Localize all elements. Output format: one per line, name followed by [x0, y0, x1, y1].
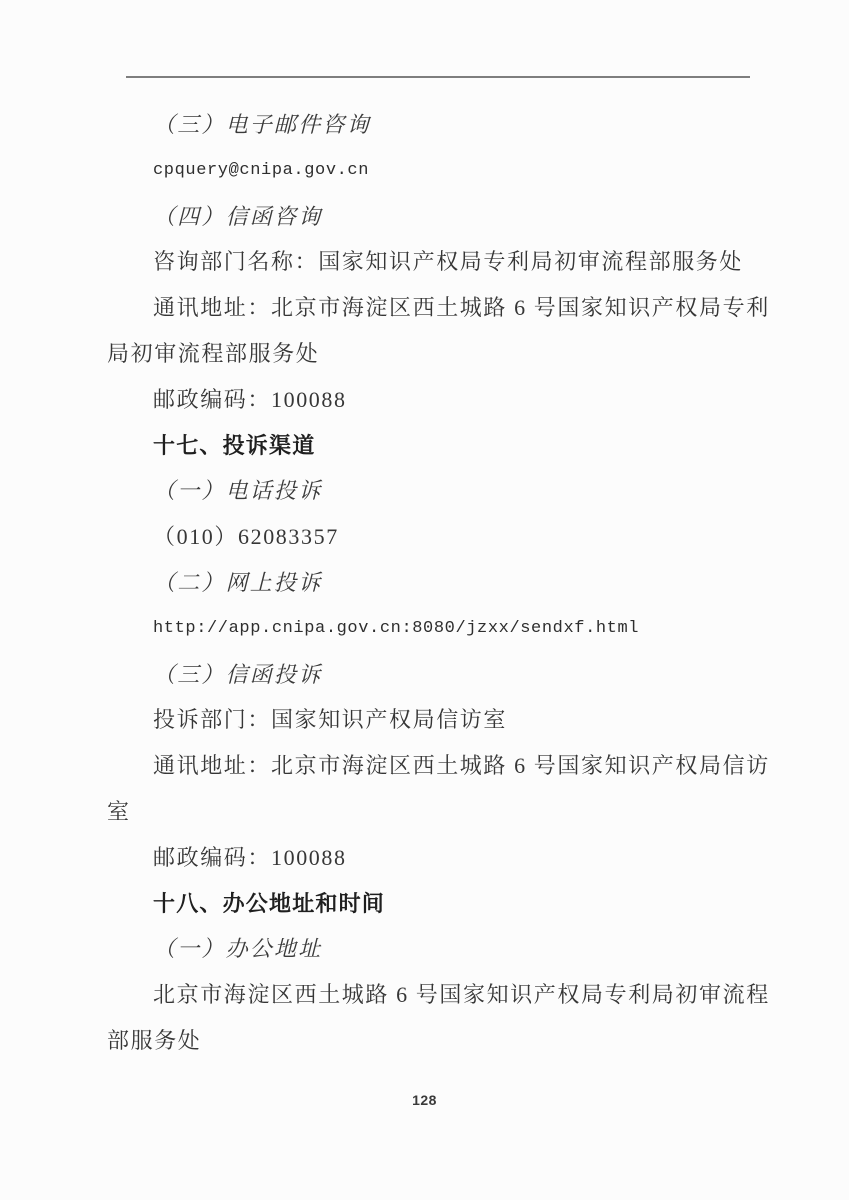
consult-mail-address-1: 通讯地址：北京市海淀区西土城路 6 号国家知识产权局专利 — [107, 285, 767, 331]
complaint-mail-address-2: 室 — [107, 789, 767, 835]
header-divider-rule — [126, 76, 750, 78]
page-number: 128 — [0, 1092, 849, 1108]
complaint-postal-code: 邮政编码：100088 — [107, 835, 767, 881]
section-18-heading: 十八、办公地址和时间 — [107, 881, 767, 927]
subitem-phone-complaint: （一）电话投诉 — [107, 468, 767, 514]
complaint-url: http://app.cnipa.gov.cn:8080/jzxx/sendxf… — [107, 606, 767, 652]
consult-postal-code: 邮政编码：100088 — [107, 377, 767, 423]
complaint-dept-name: 投诉部门：国家知识产权局信访室 — [107, 697, 767, 743]
email-address: cpquery@cnipa.gov.cn — [107, 148, 767, 194]
document-body: （三）电子邮件咨询cpquery@cnipa.gov.cn（四）信函咨询咨询部门… — [107, 102, 767, 1064]
subitem-email-consult: （三）电子邮件咨询 — [107, 102, 767, 148]
subitem-letter-consult: （四）信函咨询 — [107, 194, 767, 240]
section-17-heading: 十七、投诉渠道 — [107, 423, 767, 469]
office-address-2: 部服务处 — [107, 1018, 767, 1064]
consult-mail-address-2: 局初审流程部服务处 — [107, 331, 767, 377]
office-address-1: 北京市海淀区西土城路 6 号国家知识产权局专利局初审流程 — [107, 972, 767, 1018]
subitem-letter-complaint: （三）信函投诉 — [107, 652, 767, 698]
subitem-online-complaint: （二）网上投诉 — [107, 560, 767, 606]
complaint-phone-number: （010）62083357 — [107, 514, 767, 560]
subitem-office-address: （一）办公地址 — [107, 926, 767, 972]
consult-dept-name: 咨询部门名称：国家知识产权局专利局初审流程部服务处 — [107, 239, 767, 285]
complaint-mail-address-1: 通讯地址：北京市海淀区西土城路 6 号国家知识产权局信访 — [107, 743, 767, 789]
